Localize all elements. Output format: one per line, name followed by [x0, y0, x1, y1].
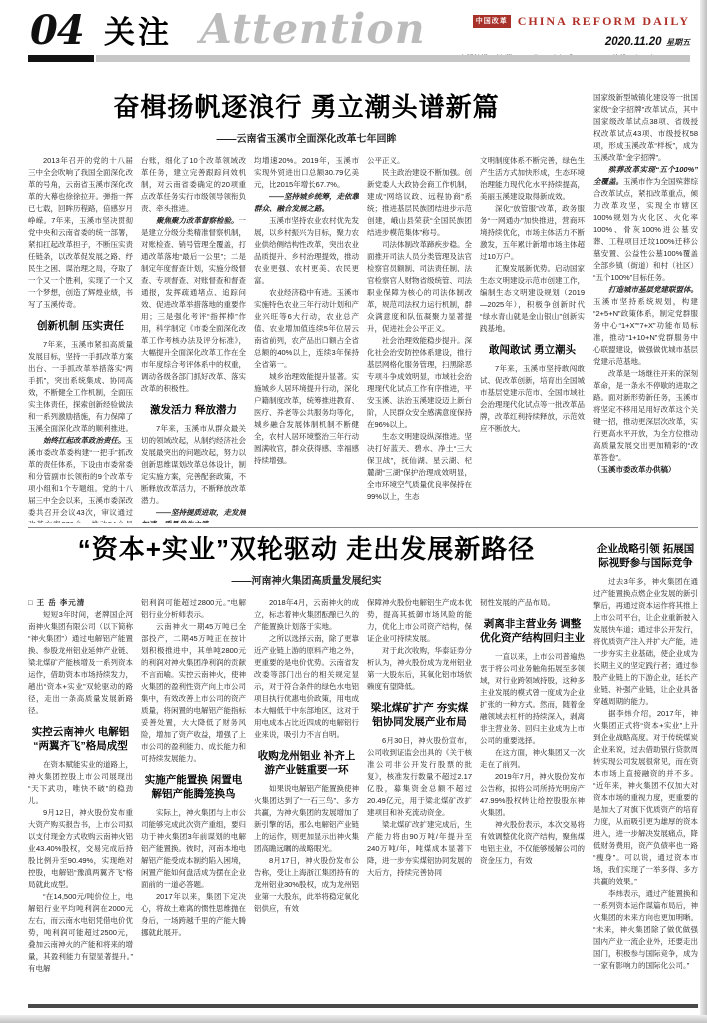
body-paragraph: 深化“放管服”改革，政务服务“一网通办”加快推进，营商环境持续优化，市场主体活力… [480, 203, 585, 263]
column-subhead: 敢闯敢试 勇立潮头 [480, 343, 585, 357]
page-edge-right [700, 0, 707, 1023]
body-paragraph: 一直以来，上市公司普遍热衷于将公司业务触角拓展至多领域，对行业跨领域持股，这种多… [480, 651, 585, 747]
article2-col-1: □ 王 岳 李元清短短3年时间，老牌国企河南神火集团有限公司（以下简称“神火集团… [28, 597, 133, 997]
body-paragraph: 城乡治理效能提升显著。实施城乡人居环境提升行动，深化户籍制度改革，统筹推进教育、… [254, 371, 359, 467]
article2-headline: “资本+实业”双轮驱动 走出发展新路径 [28, 534, 585, 565]
body-paragraph: 国家级新型城镇化建设等一批国家级“金字招牌”改革试点，其中国家级改革试点38项、… [593, 92, 698, 164]
body-paragraph: 殡葬改革实现“五个100%”全覆盖。玉溪市作为全国殡葬综合改革试点，紧扣改革重点… [593, 164, 698, 284]
column-subhead: 梁北煤矿扩产 夯实煤铝协同发展产业布局 [367, 701, 472, 729]
body-paragraph: 之所以选择云南，除了更靠近产业链上游的原料产地之外，更重要的是电价优势。云南省发… [254, 633, 359, 741]
article1-headline: 奋楫扬帆逐浪行 勇立潮头谱新篇 [28, 92, 585, 123]
article1-subtitle: ——云南省玉溪市全面深化改革七年回眸 [28, 130, 585, 145]
body-paragraph: 7年来，玉溪市坚持敢闯敢试、促改革创新，培育出全国城市基层党建示范市、全国市域社… [480, 363, 585, 435]
body-paragraph: 云南神火一期45万吨已全部投产，二期45万吨正在按计划积极推进中，其单吨2800… [141, 621, 246, 765]
issue-weekday: 星期五 [666, 38, 690, 47]
article2-columns: □ 王 岳 李元清短短3年时间，老牌国企河南神火集团有限公司（以下简称“神火集团… [28, 597, 585, 997]
article2-col-3: 2018年4月，云南神火的成立，标志着神火集团酝酿已久的产能置换计划落于实地。之… [254, 597, 359, 997]
body-paragraph: 2018年4月，云南神火的成立，标志着神火集团酝酿已久的产能置换计划落于实地。 [254, 597, 359, 633]
body-paragraph: 2019年7月，神火股份发布公告称，拟将公司所持光明房产47.99%股权转让给控… [480, 771, 585, 819]
article1-col-1: 2013年召开的党的十八届三中全会吹响了我国全面深化改革的号角，云南省玉溪市深化… [28, 155, 133, 523]
header-rule-gray [96, 55, 690, 62]
body-paragraph: 汇聚发展新优势。启动国家生态文明建设示范市创建工作，编制生态文明建设规划（201… [480, 263, 585, 335]
column-subhead: 激发活力 释放潜力 [141, 403, 246, 417]
header-rule-black [28, 55, 94, 62]
article-shenhuo-group: “资本+实业”双轮驱动 走出发展新路径 ——河南神火集团高质量发展纪实 □ 王 … [28, 534, 698, 1002]
article1-columns: 2013年召开的党的十八届三中全会吹响了我国全面深化改革的号角，云南省玉溪市深化… [28, 155, 585, 523]
body-paragraph: 打造城市基层党建联盟体。玉溪市坚持系统规划，构建“2+5+N”政策体系，制定党群… [593, 284, 698, 368]
body-paragraph: 农业经济稳中有进。玉溪市实施特色农业三年行动计划和产业兴旺等6大行动，农业总产值… [254, 287, 359, 371]
body-paragraph: 梁北煤矿改扩建完成后，生产能力将由90万吨/年提升至240万吨/年，吨煤成本显著… [367, 819, 472, 879]
body-paragraph: 聚焦聚力改革督察检验。一是建立分级分类精准督察机制，对账检查、销号管理全覆盖，打… [141, 215, 246, 395]
article1-col-5: 文明制度体系不断完善，绿色生产生活方式加快形成，生态环境治理能力现代化水平持续提… [480, 155, 585, 523]
body-paragraph: 6月30日，神火股份宣布，公司收到证监会出具的《关于核准公司非公开发行股票的批复… [367, 735, 472, 819]
body-paragraph: “在14,500元/吨价位上，电解铝行业平均吨利润在2000元左右，而云南水电铝… [28, 891, 133, 975]
paper-name-en: CHINA REFORM DAILY [518, 14, 690, 29]
paper-logo: 中国改革报 [473, 15, 511, 28]
body-paragraph: 铝利润可能超过2800元。”电解铝行业分析师表示。 [141, 597, 246, 621]
newspaper-page: 04 关注 Attention 中国改革报 CHINA REFORM DAILY… [0, 0, 707, 1023]
article2-subtitle: ——河南神火集团高质量发展纪实 [28, 572, 585, 587]
article1-col-3: 均增速20%。2019年，玉溪市实现外贸进出口总额30.79亿美元，比2015年… [254, 155, 359, 523]
paragraph-lead-in: 殡葬改革实现“五个100%”全覆盖。 [593, 165, 698, 186]
column-subhead: 实施产能置换 闲置电解铝产能腾笼换鸟 [141, 773, 246, 801]
paragraph-lead-in: 打造城市基层党建联盟体。 [608, 285, 698, 294]
article-endnote: （玉溪市委改革办供稿） [593, 464, 698, 476]
body-paragraph: ——坚持城乡统筹，走依靠群众、融合发展之路。 [254, 191, 359, 215]
page-number: 04 [30, 10, 84, 52]
header-rule [28, 55, 690, 62]
body-paragraph: 短短3年时间，老牌国企河南神火集团有限公司（以下简称“神火集团”）通过电解铝产能… [28, 609, 133, 717]
body-paragraph: 社会治理效能稳步提升。深化社会治安防控体系建设，推行基层网格化服务管理，扫黑除恶… [367, 335, 472, 431]
body-paragraph: 始终扛起改革政治责任。玉溪市委改革委构建“一把手”抓改革的责任体系，下设由市委常… [28, 435, 133, 523]
column-subhead: 剥离非主营业务 调整优化资产结构回归主业 [480, 617, 585, 645]
section-title-cn: 关注 [104, 16, 172, 50]
article1-col-4: 公平正义。民主政治建设不断加强。创新党委人大政协会商工作机制，建成“网络议政、远… [367, 155, 472, 523]
body-paragraph: 8月17日，神火股份发布公告称，受让上海浙江集团持有的龙州铝业30%股权，成为龙… [254, 855, 359, 915]
article2-col-4: 保障神火股份电解铝生产成本优势，提高其抵御市场风险的能力，优化上市公司资产结构，… [367, 597, 472, 997]
body-paragraph: 9月12日，神火股份发布重大资产购买报告书，上市公司拟以支付现金方式收购云南神火… [28, 807, 133, 891]
page-bottom-rule [28, 1004, 698, 1008]
column-subhead: 收购龙州铝业 补齐上游产业链重要一环 [254, 749, 359, 777]
body-paragraph: 玉溪市坚持农业农村优先发展，以乡村振兴为目标，聚力农业供给侧结构性改革，突出农业… [254, 215, 359, 287]
body-paragraph: 神火股份表示，本次交易将有效调整优化资产结构，聚焦煤电铝主业，不仅能够缓解公司的… [480, 819, 585, 867]
body-paragraph: 2017年以来，集团下定决心，将故土难离的惯性思维抛在身后，一场跨越千里的产能大… [141, 891, 246, 939]
column-subhead: 实控云南神火 电解铝“两翼齐飞”格局成型 [28, 725, 133, 753]
body-paragraph: 文明制度体系不断完善，绿色生产生活方式加快形成，生态环境治理能力现代化水平持续提… [480, 155, 585, 203]
byline: □ 王 岳 李元清 [28, 597, 133, 609]
issue-date: 2020.11.20 [605, 36, 662, 48]
body-paragraph: ——坚持提质进取，走发展加速、质量优先之路。 [141, 507, 246, 523]
body-paragraph: 7年来，玉溪市紧扣高质量发展目标，坚持一手抓改革方案出台、一手抓改革举措落实“两… [28, 339, 133, 435]
paragraph-lead-in: 聚焦聚力改革督察检验。 [156, 216, 239, 225]
body-paragraph: 在这方面，神火集团又一次走在了前列。 [480, 747, 585, 771]
body-paragraph: 7年来，玉溪市从群众最关切的领域改起，从制约经济社会发展最突出的问题改起，努力以… [141, 423, 246, 507]
body-paragraph: 李炜表示，通过产能置换和一系列资本运作谋篇布局后，神火集团的未来方向也更加明晰。… [593, 888, 698, 972]
page-edge-bottom [0, 1015, 707, 1023]
article1-col-2: 台账，细化了10个改革领域改革任务，建立完善跟踪问效机制，对云南省委确定的20项… [141, 155, 246, 523]
article-yuxi-reform: 奋楫扬帆逐浪行 勇立潮头谱新篇 ——云南省玉溪市全面深化改革七年回眸 2013年… [28, 92, 698, 523]
article2-side-column: 企业战略引领 拓展国际视野参与国际竞争过去3年多，神火集团在通过产能置换点燃企业… [593, 534, 698, 1002]
column-subhead: 企业战略引领 拓展国际视野参与国际竞争 [593, 542, 698, 570]
article1-side-column: 国家级新型城镇化建设等一批国家级“金字招牌”改革试点，其中国家级改革试点38项、… [593, 92, 698, 520]
body-paragraph: 司法体制改革蹄疾步稳。全面推开司法人员分类管理及法官检察官员额制、司法责任制、法… [367, 239, 472, 335]
body-paragraph: 台账，细化了10个改革领域改革任务，建立完善跟踪问效机制，对云南省委确定的20项… [141, 155, 246, 215]
paragraph-lead-in: 始终扛起改革政治责任。 [43, 436, 126, 445]
body-paragraph: 对于此次收购，华泰证券分析认为，神火股份成为龙州铝业第一大股东后，其氧化铝市场依… [367, 645, 472, 693]
body-paragraph: 在资本赋能实业的道路上，神火集团控股上市公司展现出“天下武功，唯快不破”的稳劲儿… [28, 759, 133, 807]
body-paragraph: 生态文明建设纵深推进。坚决打好蓝天、碧水、净土“三大保卫战”，抚仙湖、星云湖、杞… [367, 431, 472, 503]
column-subhead: 创新机制 压实责任 [28, 319, 133, 333]
body-paragraph: 据李炜介绍，2017年，神火集团正式将“资本+实业”上升到企业战略高度。对于传统… [593, 708, 698, 888]
body-paragraph: 保障神火股份电解铝生产成本优势，提高其抵御市场风险的能力，优化上市公司资产结构，… [367, 597, 472, 645]
article-divider [28, 527, 698, 528]
body-paragraph: 实际上，神火集团与上市公司能够完成此次资产重组，要归功于神火集团3年前谋划的电解… [141, 807, 246, 891]
dateline: 2020.11.20 星期五 [370, 32, 690, 50]
body-paragraph: 韧性发展的产品布局。 [480, 597, 585, 609]
body-paragraph: 改革是一场继往开来的深刻革命，是一条永不停歇的进取之路。面对新形势新任务，玉溪市… [593, 368, 698, 464]
body-paragraph: 均增速20%。2019年，玉溪市实现外贸进出口总额30.79亿美元，比2015年… [254, 155, 359, 191]
article2-col-2: 铝利润可能超过2800元。”电解铝行业分析师表示。云南神火一期45万吨已全部投产… [141, 597, 246, 997]
body-paragraph: 民主政治建设不断加强。创新党委人大政协会商工作机制，建成“网络议政、远程协商”系… [367, 167, 472, 239]
body-paragraph: 如果说电解铝产能置换使神火集团达到了“一石三鸟”、多方共赢，为神火集团的发展增加… [254, 783, 359, 855]
body-paragraph: 2013年召开的党的十八届三中全会吹响了我国全面深化改革的号角，云南省玉溪市深化… [28, 155, 133, 311]
body-paragraph: 过去3年多，神火集团在通过产能置换点燃企业发展的新引擎后，再通过资本运作将其推上… [593, 576, 698, 708]
body-paragraph: 公平正义。 [367, 155, 472, 167]
article2-col-5: 韧性发展的产品布局。剥离非主营业务 调整优化资产结构回归主业一直以来，上市公司普… [480, 597, 585, 997]
